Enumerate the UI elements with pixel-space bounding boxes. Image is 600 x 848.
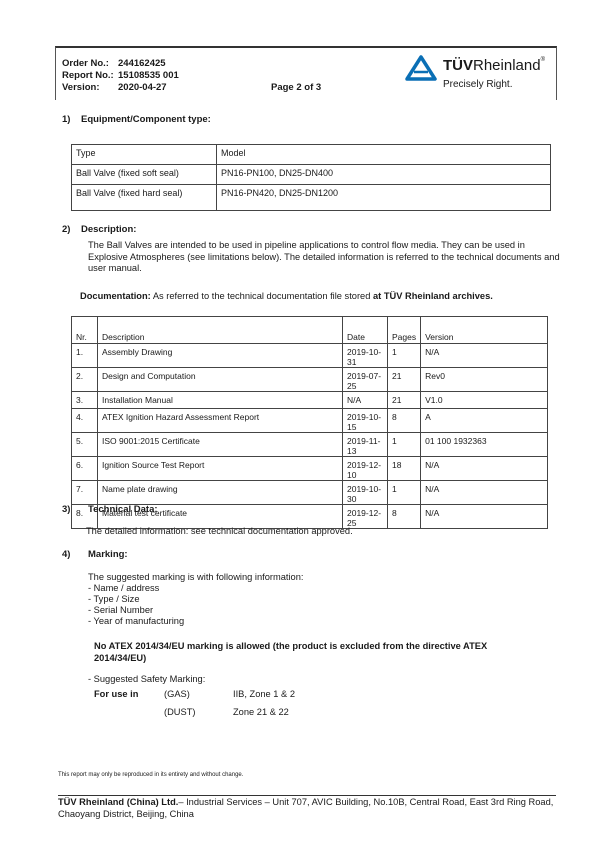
description-text: The Ball Valves are intended to be used … bbox=[88, 240, 563, 275]
footer-company: TÜV Rheinland (China) Ltd. bbox=[58, 797, 178, 807]
marking-intro: The suggested marking is with following … bbox=[88, 572, 303, 584]
safety-marking-label: - Suggested Safety Marking: bbox=[88, 674, 205, 686]
registered-mark: ® bbox=[541, 57, 545, 63]
nr-cell: 4. bbox=[72, 408, 98, 432]
header-cell: Model bbox=[217, 145, 551, 165]
nr-cell: 2. bbox=[72, 368, 98, 392]
pages-cell: 1 bbox=[388, 344, 421, 368]
pages-cell: 21 bbox=[388, 368, 421, 392]
logo-brand-bold: TÜV bbox=[443, 57, 473, 74]
page-number: Page 2 of 3 bbox=[271, 82, 321, 93]
footer-address: TÜV Rheinland (China) Ltd.– Industrial S… bbox=[58, 797, 558, 820]
version-value: 2020-04-27 bbox=[118, 82, 167, 93]
description-cell: ATEX Ignition Hazard Assessment Report bbox=[98, 408, 343, 432]
table-row: 3.Installation ManualN/A21V1.0 bbox=[72, 392, 548, 409]
section2-title: Description: bbox=[81, 224, 136, 235]
logo-brand-rest: Rheinland bbox=[473, 57, 541, 74]
pages-cell: 8 bbox=[388, 408, 421, 432]
marking-item: - Serial Number bbox=[88, 605, 153, 617]
table-row: 1.Assembly Drawing2019-10-311N/A bbox=[72, 344, 548, 368]
header-pages: Pages bbox=[388, 317, 421, 344]
description-cell: Design and Computation bbox=[98, 368, 343, 392]
date-cell: 2019-10-30 bbox=[343, 480, 388, 504]
type-cell: Ball Valve (fixed hard seal) bbox=[72, 185, 217, 211]
date-cell: 2019-12-25 bbox=[343, 504, 388, 528]
gas-value: IIB, Zone 1 & 2 bbox=[233, 689, 295, 701]
section1-title: Equipment/Component type: bbox=[81, 114, 211, 125]
nr-cell: 7. bbox=[72, 480, 98, 504]
version-cell: 01 100 1932363 bbox=[421, 432, 548, 456]
date-cell: 2019-07-25 bbox=[343, 368, 388, 392]
report-label: Report No.: bbox=[62, 70, 118, 81]
section4-title: Marking: bbox=[88, 549, 128, 560]
dust-label: (DUST) bbox=[164, 707, 196, 719]
section1-number: 1) bbox=[62, 114, 70, 125]
logo-tagline: Precisely Right. bbox=[443, 79, 512, 90]
tuv-triangle-logo-icon bbox=[405, 55, 437, 81]
description-cell: ISO 9001:2015 Certificate bbox=[98, 432, 343, 456]
order-label: Order No.: bbox=[62, 58, 118, 69]
reproduction-note: This report may only be reproduced in it… bbox=[58, 772, 243, 778]
description-cell: Name plate drawing bbox=[98, 480, 343, 504]
pages-cell: 8 bbox=[388, 504, 421, 528]
date-cell: 2019-11-13 bbox=[343, 432, 388, 456]
report-value: 15108535 001 bbox=[118, 70, 179, 81]
table-row: 6.Ignition Source Test Report2019-12-101… bbox=[72, 456, 548, 480]
dust-value: Zone 21 & 22 bbox=[233, 707, 289, 719]
gas-label: (GAS) bbox=[164, 689, 190, 701]
atex-warning: No ATEX 2014/34/EU marking is allowed (t… bbox=[94, 641, 524, 664]
date-cell: 2019-10-31 bbox=[343, 344, 388, 368]
version: Version:2020-04-27 bbox=[62, 82, 167, 93]
version-cell: N/A bbox=[421, 504, 548, 528]
pages-cell: 18 bbox=[388, 456, 421, 480]
nr-cell: 5. bbox=[72, 432, 98, 456]
header-date: Date bbox=[343, 317, 388, 344]
nr-cell: 3. bbox=[72, 392, 98, 409]
pages-cell: 1 bbox=[388, 480, 421, 504]
date-cell: N/A bbox=[343, 392, 388, 409]
documentation-line: Documentation: As referred to the techni… bbox=[80, 291, 560, 303]
header-nr: Nr. bbox=[72, 317, 98, 344]
order-number: Order No.:244162425 bbox=[62, 58, 166, 69]
header-description: Description bbox=[98, 317, 343, 344]
table-row: Ball Valve (fixed soft seal) PN16-PN100,… bbox=[72, 165, 551, 185]
footer-divider bbox=[58, 795, 556, 796]
section2-number: 2) bbox=[62, 224, 70, 235]
documentation-text: As referred to the technical documentati… bbox=[151, 291, 373, 301]
for-use-label: For use in bbox=[94, 689, 138, 701]
section4-number: 4) bbox=[62, 549, 70, 560]
documentation-label: Documentation: bbox=[80, 291, 151, 301]
table-row: 4.ATEX Ignition Hazard Assessment Report… bbox=[72, 408, 548, 432]
description-cell: Ignition Source Test Report bbox=[98, 456, 343, 480]
section3-title: Technical Data: bbox=[88, 504, 158, 515]
version-cell: A bbox=[421, 408, 548, 432]
table-header-row: Type Model bbox=[72, 145, 551, 165]
section3-number: 3) bbox=[62, 504, 70, 515]
table-row: 7.Name plate drawing2019-10-301N/A bbox=[72, 480, 548, 504]
documentation-archive: at TÜV Rheinland archives. bbox=[373, 291, 493, 301]
marking-item: - Name / address bbox=[88, 583, 159, 595]
model-cell: PN16-PN420, DN25-DN1200 bbox=[217, 185, 551, 211]
nr-cell: 1. bbox=[72, 344, 98, 368]
date-cell: 2019-12-10 bbox=[343, 456, 388, 480]
version-cell: N/A bbox=[421, 456, 548, 480]
marking-item: - Year of manufacturing bbox=[88, 616, 184, 628]
order-value: 244162425 bbox=[118, 58, 166, 69]
logo-brand: TÜVRheinland® bbox=[443, 57, 545, 74]
version-cell: N/A bbox=[421, 480, 548, 504]
table-header-row: Nr. Description Date Pages Version bbox=[72, 317, 548, 344]
description-cell: Installation Manual bbox=[98, 392, 343, 409]
header-version: Version bbox=[421, 317, 548, 344]
table-row: 5.ISO 9001:2015 Certificate2019-11-13101… bbox=[72, 432, 548, 456]
nr-cell: 6. bbox=[72, 456, 98, 480]
pages-cell: 1 bbox=[388, 432, 421, 456]
report-number: Report No.:15108535 001 bbox=[62, 70, 179, 81]
type-cell: Ball Valve (fixed soft seal) bbox=[72, 165, 217, 185]
header-cell: Type bbox=[72, 145, 217, 165]
marking-item: - Type / Size bbox=[88, 594, 140, 606]
table-row: 2.Design and Computation2019-07-2521Rev0 bbox=[72, 368, 548, 392]
documentation-table: Nr. Description Date Pages Version 1.Ass… bbox=[71, 316, 548, 529]
version-label: Version: bbox=[62, 82, 118, 93]
version-cell: V1.0 bbox=[421, 392, 548, 409]
model-cell: PN16-PN100, DN25-DN400 bbox=[217, 165, 551, 185]
pages-cell: 21 bbox=[388, 392, 421, 409]
version-cell: Rev0 bbox=[421, 368, 548, 392]
component-type-table: Type Model Ball Valve (fixed soft seal) … bbox=[71, 144, 551, 211]
description-cell: Assembly Drawing bbox=[98, 344, 343, 368]
date-cell: 2019-10-15 bbox=[343, 408, 388, 432]
version-cell: N/A bbox=[421, 344, 548, 368]
technical-data-text: The detailed information: see technical … bbox=[86, 526, 353, 538]
table-row: Ball Valve (fixed hard seal) PN16-PN420,… bbox=[72, 185, 551, 211]
